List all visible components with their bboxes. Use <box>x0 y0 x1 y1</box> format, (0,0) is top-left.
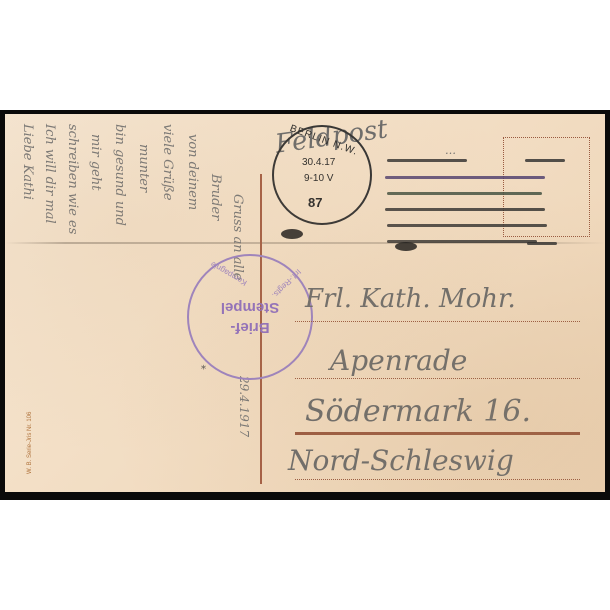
stamp-ring-text-right: Kompagnie <box>209 259 249 287</box>
postmark-time: 9-10 V <box>304 173 333 184</box>
ink-blot <box>281 229 303 239</box>
message-line: schreiben wie es <box>65 124 80 234</box>
ink-blot <box>395 242 417 251</box>
postmark-office-number: 87 <box>308 195 322 210</box>
address-line-4: Nord-Schleswig <box>288 444 514 477</box>
address-rule <box>295 479 580 480</box>
postcard: W. B. Serie-Jris Nr. 106 Liebe Kathi Ich… <box>5 114 605 492</box>
stamp-star: * <box>201 359 206 370</box>
message-line: bin gesund und <box>112 124 127 226</box>
address-line-3: Södermark 16. <box>305 394 531 429</box>
address-line-1: Frl. Kath. Mohr. <box>305 284 516 314</box>
unit-censor-stamp: * Brief- Stempel Inf.-Regts. Kompagnie <box>187 254 313 380</box>
address-rule <box>295 321 580 322</box>
message-line: von deinem <box>185 134 200 210</box>
printer-imprint: W. B. Serie-Jris Nr. 106 <box>27 344 33 474</box>
stamp-line1: Brief- <box>189 319 311 336</box>
message-line: mir geht <box>88 134 103 190</box>
stamp-line2: Stempel <box>189 299 311 316</box>
stamp-ring-text-left: Inf.-Regts. <box>270 267 302 299</box>
postmark-date: 30.4.17 <box>302 157 335 168</box>
message-line: munter <box>136 144 151 192</box>
written-date: 29.4.1917 <box>237 376 251 437</box>
stamp-box <box>503 137 590 237</box>
message-line: Ich will dir mal <box>42 124 57 224</box>
address-rule <box>295 378 580 379</box>
berlin-postmark: BERLIN N.W. 30.4.17 9-10 V 87 <box>272 125 372 225</box>
message-line: viele Grüße <box>160 124 175 201</box>
message-line: Liebe Kathi <box>20 124 35 200</box>
address-rule-solid <box>295 432 580 435</box>
address-line-2: Apenrade <box>330 344 467 377</box>
message-line: Bruder <box>208 174 223 220</box>
pencil-note: … <box>445 144 456 157</box>
